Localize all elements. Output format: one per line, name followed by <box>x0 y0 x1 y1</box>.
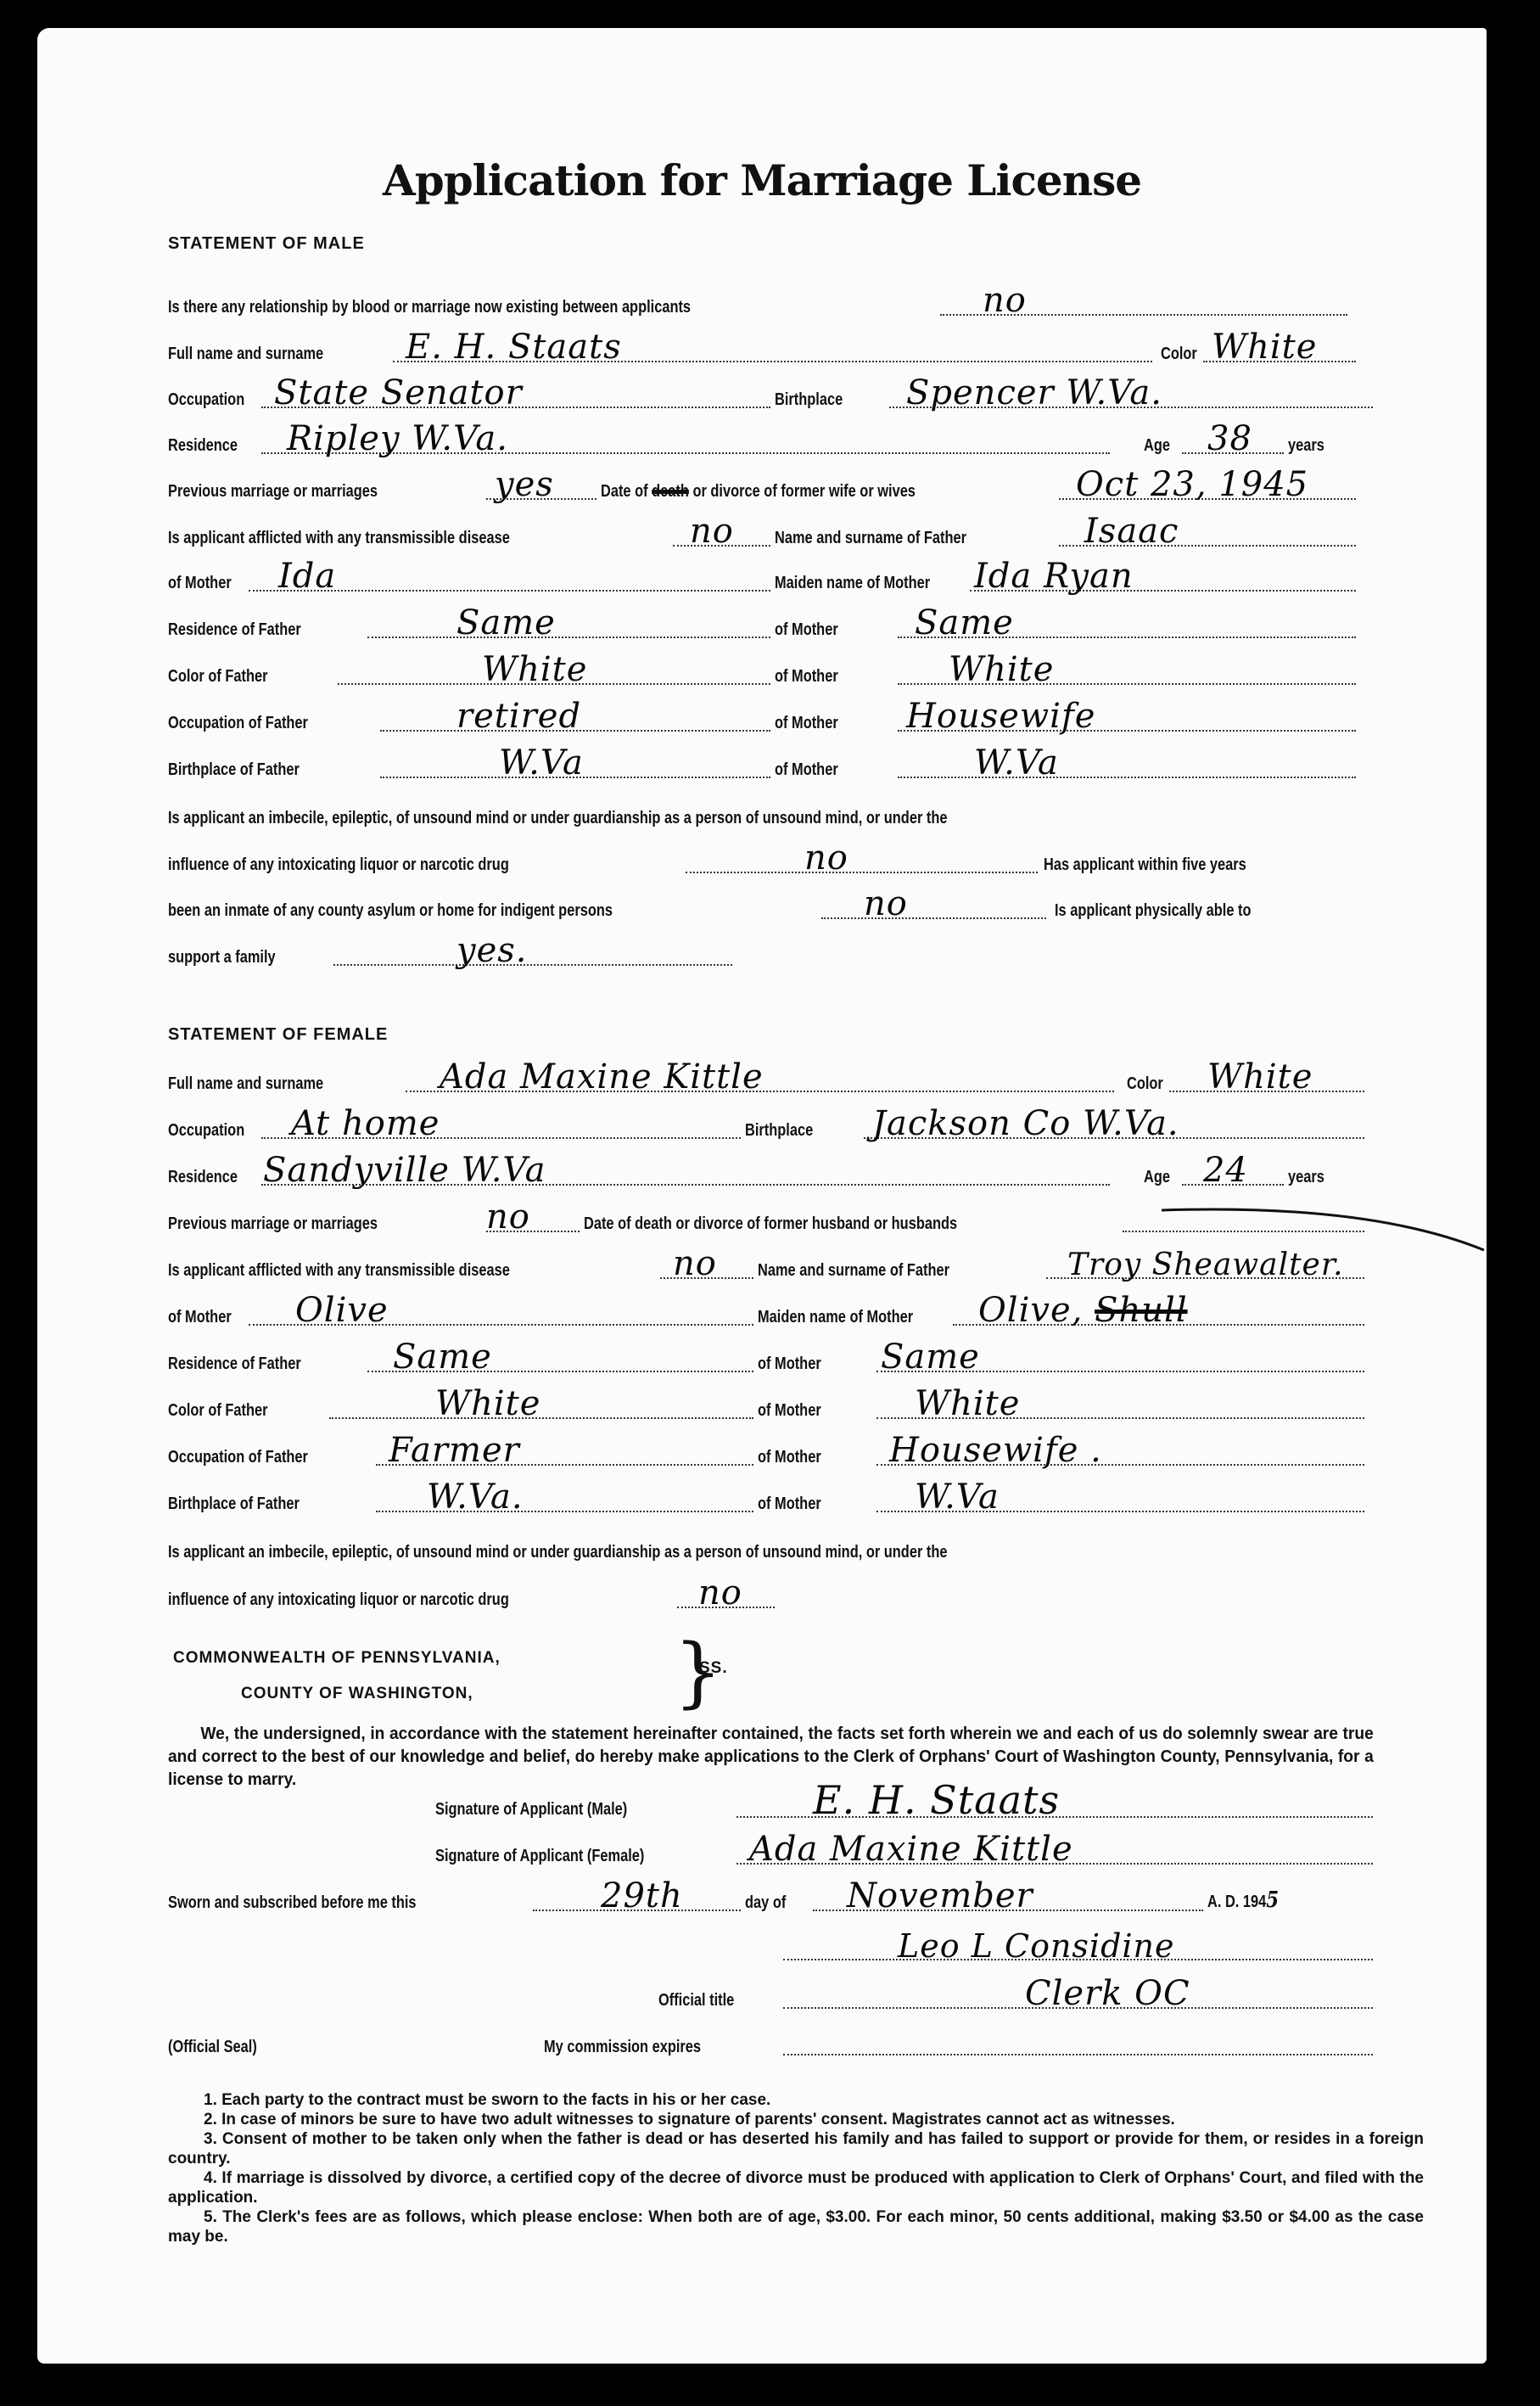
residence-father-label: Residence of Father <box>168 620 301 640</box>
occupation-label: Occupation <box>168 1121 244 1141</box>
instruction-item: 3. Consent of mother to be taken only wh… <box>168 2129 1424 2168</box>
male-intoxication-field[interactable]: no <box>804 841 848 875</box>
female-birthplace-father-field[interactable]: W.Va. <box>427 1480 524 1514</box>
document-title: Application for Marriage License <box>37 155 1487 205</box>
female-color-mother-field[interactable]: White <box>915 1387 1020 1421</box>
mother-label: of Mother <box>168 574 232 593</box>
female-imbecile-row: Is applicant an imbecile, epileptic, of … <box>168 1532 1424 1566</box>
color-mother-label: of Mother <box>758 1401 821 1421</box>
male-signature-row: Signature of Applicant (Male) E. H. Staa… <box>168 1789 1424 1823</box>
day-of-label: day of <box>745 1893 786 1913</box>
previous-marriage-label: Previous marriage or marriages <box>168 482 378 502</box>
residence-father-label: Residence of Father <box>168 1354 301 1374</box>
disease-label: Is applicant afflicted with any transmis… <box>168 529 510 548</box>
female-occupation-row: Occupation At home Birthplace Jackson Co… <box>168 1110 1424 1144</box>
female-mother-maiden-field[interactable]: Olive, Shull <box>978 1293 1188 1327</box>
female-disease-field[interactable]: no <box>673 1247 717 1281</box>
male-occupation-parents-row: Occupation of Father retired of Mother H… <box>168 703 1424 737</box>
instruction-item: 2. In case of minors be sure to have two… <box>168 2110 1424 2129</box>
official-signature-field[interactable]: Leo L Considine <box>898 1930 1175 1962</box>
official-signature-row: Leo L Considine <box>168 1932 1424 1966</box>
occupation-father-label: Occupation of Father <box>168 714 308 733</box>
female-birthplace-field[interactable]: Jackson Co W.Va. <box>872 1107 1179 1141</box>
residence-mother-label: of Mother <box>758 1354 821 1374</box>
oath-statement: We, the undersigned, in accordance with … <box>168 1723 1374 1792</box>
female-birthplace-parents-row: Birthplace of Father W.Va. of Mother W.V… <box>168 1483 1424 1517</box>
male-support-family-field[interactable]: yes. <box>456 934 528 967</box>
county-label: COUNTY OF WASHINGTON, <box>241 1685 473 1703</box>
intoxication-label: influence of any intoxicating liquor or … <box>168 855 509 875</box>
father-name-label: Name and surname of Father <box>775 529 966 548</box>
male-relationship-row: Is there any relationship by blood or ma… <box>168 287 1424 321</box>
disease-label: Is applicant afflicted with any transmis… <box>168 1261 510 1281</box>
ad-label: A. D. 1945 <box>1207 1887 1279 1913</box>
male-previous-marriage-field[interactable]: yes <box>495 468 554 502</box>
residence-mother-label: of Mother <box>775 620 838 640</box>
commission-row: (Official Seal) My commission expires <box>168 2027 1424 2061</box>
female-disease-row: Is applicant afflicted with any transmis… <box>168 1250 1424 1284</box>
instruction-item: 1. Each party to the contract must be sw… <box>168 2090 1424 2110</box>
official-seal-label: (Official Seal) <box>168 2038 257 2057</box>
sworn-month-field[interactable]: November <box>847 1879 1033 1913</box>
female-occupation-father-field[interactable]: Farmer <box>389 1433 520 1467</box>
years-label: years <box>1288 1168 1324 1187</box>
female-previous-marriage-field[interactable]: no <box>486 1200 530 1234</box>
sworn-row: Sworn and subscribed before me this 29th… <box>168 1882 1424 1916</box>
female-residence-mother-field[interactable]: Same <box>881 1340 980 1374</box>
signature-male-label: Signature of Applicant (Male) <box>435 1800 627 1820</box>
color-father-label: Color of Father <box>168 1401 268 1421</box>
asylum-label: been an inmate of any county asylum or h… <box>168 901 613 921</box>
residence-label: Residence <box>168 436 238 456</box>
birthplace-father-label: Birthplace of Father <box>168 760 300 780</box>
official-title-row: Official title Clerk OC <box>168 1980 1424 2014</box>
female-full-name-field[interactable]: Ada Maxine Kittle <box>440 1060 764 1094</box>
relationship-field[interactable]: no <box>983 283 1027 317</box>
male-section-heading: STATEMENT OF MALE <box>168 234 365 254</box>
male-mother-maiden-field[interactable]: Ida Ryan <box>974 559 1134 593</box>
male-color-mother-field[interactable]: White <box>949 653 1054 687</box>
color-mother-label: of Mother <box>775 667 838 687</box>
female-intoxication-row: influence of any intoxicating liquor or … <box>168 1579 1424 1613</box>
male-birthplace-father-field[interactable]: W.Va <box>499 746 584 780</box>
physically-able-label: Is applicant physically able to <box>1055 901 1252 921</box>
male-color-field[interactable]: White <box>1212 330 1317 364</box>
mother-label: of Mother <box>168 1308 232 1327</box>
occupation-mother-label: of Mother <box>775 714 838 733</box>
previous-marriage-label: Previous marriage or marriages <box>168 1214 378 1234</box>
official-title-label: Official title <box>658 1991 734 2011</box>
birthplace-father-label: Birthplace of Father <box>168 1495 300 1514</box>
male-name-row: Full name and surname E. H. Staats Color… <box>168 334 1424 367</box>
female-age-field[interactable]: 24 <box>1203 1153 1248 1187</box>
color-label: Color <box>1127 1074 1163 1094</box>
full-name-label: Full name and surname <box>168 345 323 364</box>
male-residence-row: Residence Ripley W.Va. Age 38 years <box>168 425 1424 459</box>
male-asylum-field[interactable]: no <box>864 887 908 921</box>
ss-label: SS. <box>699 1659 728 1678</box>
occupation-label: Occupation <box>168 390 244 410</box>
male-color-father-field[interactable]: White <box>482 653 587 687</box>
female-occupation-mother-field[interactable]: Housewife . <box>889 1433 1102 1467</box>
age-label: Age <box>1144 1168 1170 1187</box>
male-father-name-field[interactable]: Isaac <box>1084 514 1179 548</box>
date-of-label: Date of death or divorce of former wife … <box>601 482 916 502</box>
female-mother-row: of Mother Olive Maiden name of Mother Ol… <box>168 1297 1424 1331</box>
male-occupation-mother-field[interactable]: Housewife <box>906 699 1095 733</box>
female-father-name-field[interactable]: Troy Sheawalter. <box>1067 1250 1344 1281</box>
male-previous-marriage-row: Previous marriage or marriages yes Date … <box>168 471 1424 505</box>
male-mother-row: of Mother Ida Maiden name of Mother Ida … <box>168 563 1424 597</box>
female-birthplace-mother-field[interactable]: W.Va <box>915 1480 1000 1514</box>
imbecile-label: Is applicant an imbecile, epileptic, of … <box>168 1543 947 1562</box>
female-intoxication-field[interactable]: no <box>698 1576 742 1610</box>
instructions-list: 1. Each party to the contract must be sw… <box>168 2090 1424 2246</box>
full-name-label: Full name and surname <box>168 1074 323 1094</box>
official-title-field[interactable]: Clerk OC <box>1025 1977 1190 2011</box>
sworn-label: Sworn and subscribed before me this <box>168 1893 417 1913</box>
occupation-father-label: Occupation of Father <box>168 1448 308 1467</box>
maiden-name-label: Maiden name of Mother <box>775 574 930 593</box>
male-residence-mother-field[interactable]: Same <box>915 606 1014 640</box>
marriage-license-application: Application for Marriage License STATEME… <box>37 28 1487 2364</box>
color-father-label: Color of Father <box>168 667 268 687</box>
female-name-row: Full name and surname Ada Maxine Kittle … <box>168 1063 1424 1097</box>
male-occupation-row: Occupation State Senator Birthplace Spen… <box>168 379 1424 413</box>
male-divorce-date-field[interactable]: Oct 23, 1945 <box>1076 468 1308 502</box>
male-residence-parents-row: Residence of Father Same of Mother Same <box>168 609 1424 643</box>
male-residence-field[interactable]: Ripley W.Va. <box>287 422 508 456</box>
instruction-item: 4. If marriage is dissolved by divorce, … <box>168 2168 1424 2207</box>
color-label: Color <box>1161 345 1197 364</box>
male-mother-field[interactable]: Ida <box>278 559 336 593</box>
age-label: Age <box>1144 436 1170 456</box>
relationship-label: Is there any relationship by blood or ma… <box>168 298 691 317</box>
male-occupation-field[interactable]: State Senator <box>274 376 523 410</box>
female-mother-field[interactable]: Olive <box>295 1293 389 1327</box>
female-signature-field[interactable]: Ada Maxine Kittle <box>749 1832 1073 1866</box>
birthplace-mother-label: of Mother <box>758 1495 821 1514</box>
male-color-parents-row: Color of Father White of Mother White <box>168 656 1424 690</box>
male-birthplace-field[interactable]: Spencer W.Va. <box>906 376 1162 410</box>
female-color-field[interactable]: White <box>1207 1060 1313 1094</box>
female-residence-parents-row: Residence of Father Same of Mother Same <box>168 1343 1424 1377</box>
five-years-label: Has applicant within five years <box>1044 855 1246 875</box>
male-full-name-field[interactable]: E. H. Staats <box>406 330 622 364</box>
female-section-heading: STATEMENT OF FEMALE <box>168 1025 388 1045</box>
female-residence-row: Residence Sandyville W.Va Age 24 years <box>168 1157 1424 1191</box>
female-residence-father-field[interactable]: Same <box>393 1340 492 1374</box>
pen-stroke <box>1157 1203 1488 1254</box>
maiden-name-label: Maiden name of Mother <box>758 1308 913 1327</box>
male-disease-field[interactable]: no <box>690 514 734 548</box>
female-signature-row: Signature of Applicant (Female) Ada Maxi… <box>168 1836 1424 1870</box>
support-family-label: support a family <box>168 948 276 967</box>
male-birthplace-mother-field[interactable]: W.Va <box>974 746 1059 780</box>
date-of-death-divorce-label: Date of death or divorce of former husba… <box>584 1214 957 1234</box>
female-color-father-field[interactable]: White <box>435 1387 540 1421</box>
male-intoxication-row: influence of any intoxicating liquor or … <box>168 844 1424 878</box>
birthplace-label: Birthplace <box>745 1121 813 1141</box>
intoxication-label: influence of any intoxicating liquor or … <box>168 1590 509 1610</box>
female-occupation-parents-row: Occupation of Father Farmer of Mother Ho… <box>168 1437 1424 1471</box>
female-residence-field[interactable]: Sandyville W.Va <box>263 1153 546 1187</box>
occupation-mother-label: of Mother <box>758 1448 821 1467</box>
male-asylum-row: been an inmate of any county asylum or h… <box>168 890 1424 924</box>
male-imbecile-row: Is applicant an imbecile, epileptic, of … <box>168 798 1424 832</box>
male-occupation-father-field[interactable]: retired <box>456 699 581 733</box>
instruction-item: 5. The Clerk's fees are as follows, whic… <box>168 2207 1424 2246</box>
birthplace-mother-label: of Mother <box>775 760 838 780</box>
commonwealth-label: COMMONWEALTH OF PENNSYLVANIA, <box>173 1649 501 1668</box>
male-residence-father-field[interactable]: Same <box>456 606 556 640</box>
years-label: years <box>1288 436 1324 456</box>
female-occupation-field[interactable]: At home <box>291 1107 440 1141</box>
father-name-label: Name and surname of Father <box>758 1261 949 1281</box>
sworn-day-field[interactable]: 29th <box>601 1879 683 1913</box>
residence-label: Residence <box>168 1168 238 1187</box>
male-disease-row: Is applicant afflicted with any transmis… <box>168 518 1424 552</box>
signature-female-label: Signature of Applicant (Female) <box>435 1847 644 1866</box>
female-color-parents-row: Color of Father White of Mother White <box>168 1390 1424 1424</box>
birthplace-label: Birthplace <box>775 390 843 410</box>
male-age-field[interactable]: 38 <box>1207 422 1252 456</box>
commission-expires-label: My commission expires <box>544 2038 701 2057</box>
male-signature-field[interactable]: E. H. Staats <box>813 1781 1060 1820</box>
male-birthplace-parents-row: Birthplace of Father W.Va of Mother W.Va <box>168 749 1424 783</box>
imbecile-label: Is applicant an imbecile, epileptic, of … <box>168 809 947 828</box>
male-support-row: support a family yes. <box>168 937 1424 971</box>
